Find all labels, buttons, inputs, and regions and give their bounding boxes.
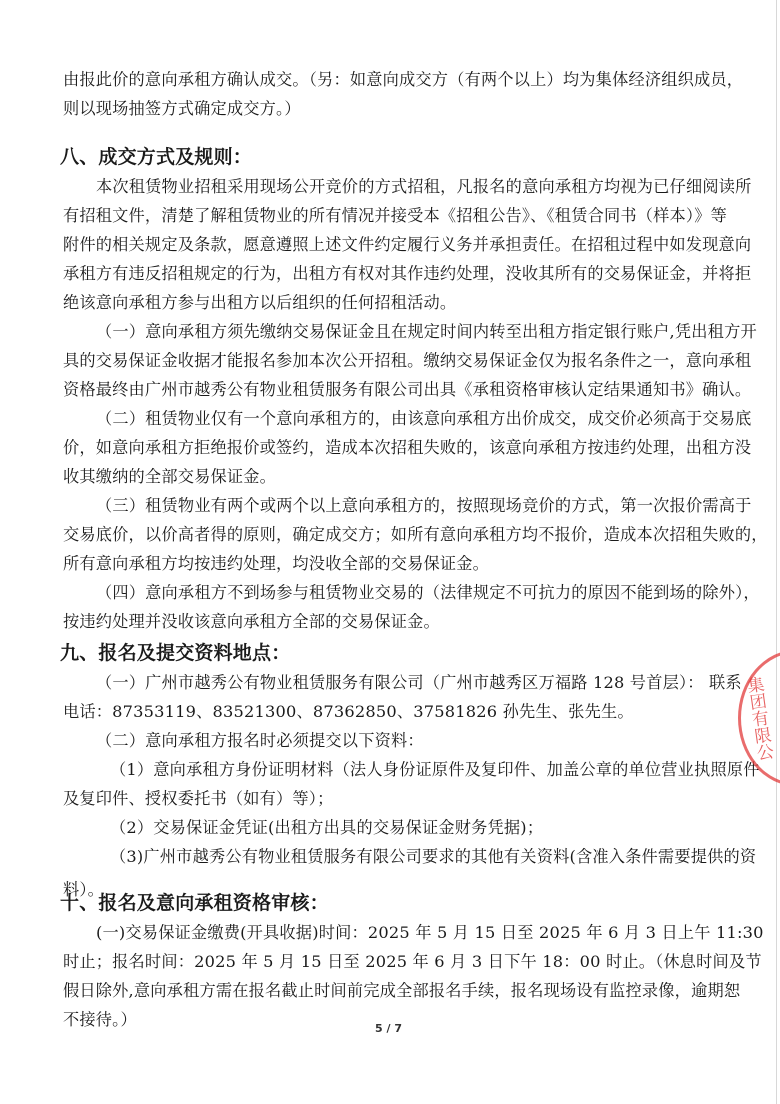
paragraph-line: （四）意向承租方不到场参与租赁物业交易的（法律规定不可抗力的原因不能到场的除外）… <box>96 583 760 603</box>
paragraph-line: 收其缴纳的全部交易保证金。 <box>63 467 276 487</box>
paragraph-line: （1）意向承租方身份证明材料（法人身份证原件及复印件、加盖公章的单位营业执照原件 <box>110 760 760 780</box>
paragraph-line: （三）租赁物业有两个或两个以上意向承租方的，按照现场竞价的方式，第一次报价需高于 <box>96 496 752 516</box>
section-heading-9: 九、报名及提交资料地点： <box>60 643 290 663</box>
paragraph-line: 所有意向承租方均按违约处理，均没收全部的交易保证金。 <box>63 554 489 574</box>
paragraph-line: 按违约处理并没收该意向承租方全部的交易保证金。 <box>63 612 440 632</box>
paragraph-line: 假日除外,意向承租方需在报名截止时间前完成全部报名手续，报名现场设有监控录像，逾… <box>63 981 740 1001</box>
paragraph-line: （2）交易保证金凭证(出租方出具的交易保证金财务凭据)； <box>110 818 543 838</box>
paragraph-line: 价，如意向承租方拒绝报价或签约，造成本次招租失败的，该意向承租方按违约处理，出租… <box>63 438 751 458</box>
section-heading-10: 十、报名及意向承租资格审核： <box>60 893 329 913</box>
section-heading-8: 八、成交方式及规则： <box>60 147 252 167</box>
paragraph-line: 具的交易保证金收据才能报名参加本次公开招租。缴纳交易保证金仅为报名条件之一，意向… <box>63 351 751 371</box>
paragraph-line: 不接待。） <box>63 1010 137 1030</box>
page-edge <box>776 0 777 1104</box>
paragraph-line: 承租方有违反招租规定的行为，出租方有权对其作违约处理，没收其所有的交易保证金，并… <box>63 264 751 284</box>
paragraph-line: 本次租赁物业招租采用现场公开竞价的方式招租，凡报名的意向承租方均视为已仔细阅读所 <box>96 177 752 197</box>
paragraph-line: （3)广州市越秀公有物业租赁服务有限公司要求的其他有关资料(含准入条件需要提供的… <box>110 847 756 867</box>
paragraph-line: （二）租赁物业仅有一个意向承租方的，由该意向承租方出价成交，成交价必须高于交易底 <box>96 409 752 429</box>
paragraph-line: 交易底价，以价高者得的原则，确定成交方；如所有意向承租方均不报价，造成本次招租失… <box>63 525 768 545</box>
paragraph-line: 时止；报名时间：2025 年 5 月 15 日至 2025 年 6 月 3 日下… <box>63 952 762 972</box>
paragraph-line: （二）意向承租方报名时必须提交以下资料： <box>96 731 424 751</box>
paragraph-line: 电话：87353119、83521300、87362850、37581826 孙… <box>63 702 634 722</box>
paragraph-line: 由报此价的意向承租方确认成交。（另：如意向成交方（有两个以上）均为集体经济组织成… <box>63 70 743 90</box>
paragraph-line: 绝该意向承租方参与出租方以后组织的任何招租活动。 <box>63 293 456 313</box>
paragraph-line: 及复印件、授权委托书（如有）等）； <box>63 789 334 809</box>
page-number: 5 / 7 <box>375 1022 402 1035</box>
paragraph-line: （一）广州市越秀公有物业租赁服务有限公司（广州市越秀区万福路 128 号首层）：… <box>96 673 742 693</box>
paragraph-line: (一)交易保证金缴费(开具收据)时间：2025 年 5 月 15 日至 2025… <box>96 923 764 943</box>
paragraph-line: 资格最终由广州市越秀公有物业租赁服务有限公司出具《承租资格审核认定结果通知书》确… <box>63 380 751 400</box>
paragraph-line: （一）意向承租方须先缴纳交易保证金且在规定时间内转至出租方指定银行账户,凭出租方… <box>96 322 757 342</box>
paragraph-line: 则以现场抽签方式确定成交方。） <box>63 99 301 119</box>
paragraph-line: 附件的相关规定及条款，愿意遵照上述文件约定履行义务并承担责任。在招租过程中如发现… <box>63 235 751 255</box>
paragraph-line: 有招租文件，清楚了解租赁物业的所有情况并接受本《招租公告》、《租赁合同书（样本）… <box>63 206 727 226</box>
